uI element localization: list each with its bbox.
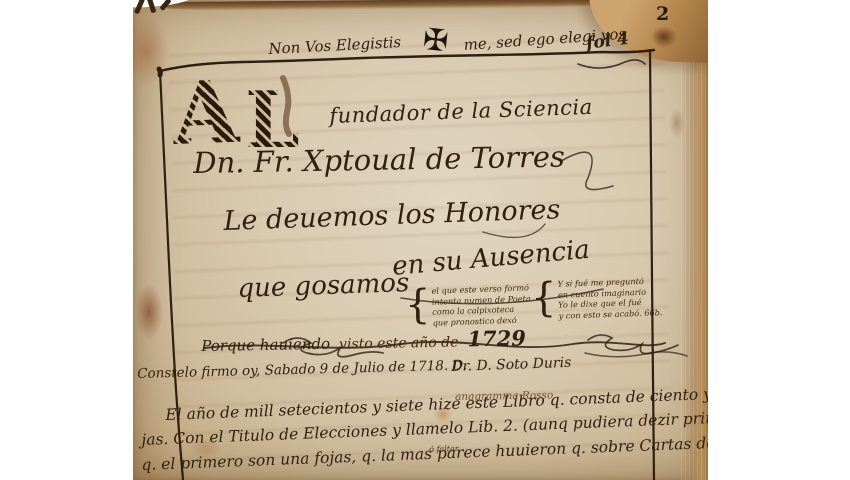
page-top-edge — [167, 0, 638, 11]
strike-through-tail-scrawl — [588, 335, 678, 354]
dedication-line-4a: que gosamos — [237, 268, 410, 304]
corner-blot — [159, 69, 160, 75]
brace-glyph: { — [531, 278, 556, 318]
stain — [135, 284, 163, 340]
struck-prefix: Porque hauiendo — [201, 335, 330, 355]
torres-flourish — [563, 152, 613, 189]
manuscript-photo: Non Vos Elegistis ✠ me, sed ego elegi vo… — [133, 0, 708, 480]
body-paragraph: El año de mill setecientos y siete hize … — [141, 403, 708, 478]
signature-date-line: Constelo firmo oy, Sabado 9 de Julio de … — [137, 357, 467, 382]
marginal-verse-left-lines: el que este verso formó intenta numen de… — [432, 282, 532, 327]
screenshot-canvas: Non Vos Elegistis ✠ me, sed ego elegi vo… — [0, 0, 850, 480]
interlinear-correction: ó faltar — [429, 444, 459, 454]
stain — [133, 14, 169, 88]
folio-underline-flourish — [578, 60, 645, 68]
marginal-verse-right: { Y si fué me preguntó en cuento imagina… — [531, 277, 662, 319]
dedication-line-2: Dn. Fr. Xptoual de Torres — [193, 140, 565, 180]
struck-out-line: Porque hauiendo visto este año de 1729 — [201, 325, 526, 356]
strike-through-tail-scrawl-2 — [585, 352, 687, 357]
page-corner-number: 2 — [656, 3, 669, 25]
dedication-line-3: Le deuemos los Honores — [223, 194, 561, 237]
dedication-line-4b: en su Ausencia — [391, 235, 591, 282]
marginal-verse-right-lines: Y si fué me preguntó en cuento imaginari… — [558, 275, 663, 321]
signer-name: Dr. D. Soto Duris — [451, 355, 572, 375]
maltese-cross-icon: ✠ — [421, 22, 450, 59]
brace-glyph: { — [405, 285, 430, 325]
latin-motto-left: Non Vos Elegistis — [268, 33, 402, 58]
dedication-line-1: fundador de la Sciencia — [329, 95, 593, 128]
struck-middle: visto este año de — [339, 335, 459, 353]
struck-year: 1729 — [467, 325, 526, 351]
marginal-verse-left: { el que este verso formó intenta numen … — [405, 284, 531, 326]
folio-label: fol 4 — [585, 29, 630, 54]
